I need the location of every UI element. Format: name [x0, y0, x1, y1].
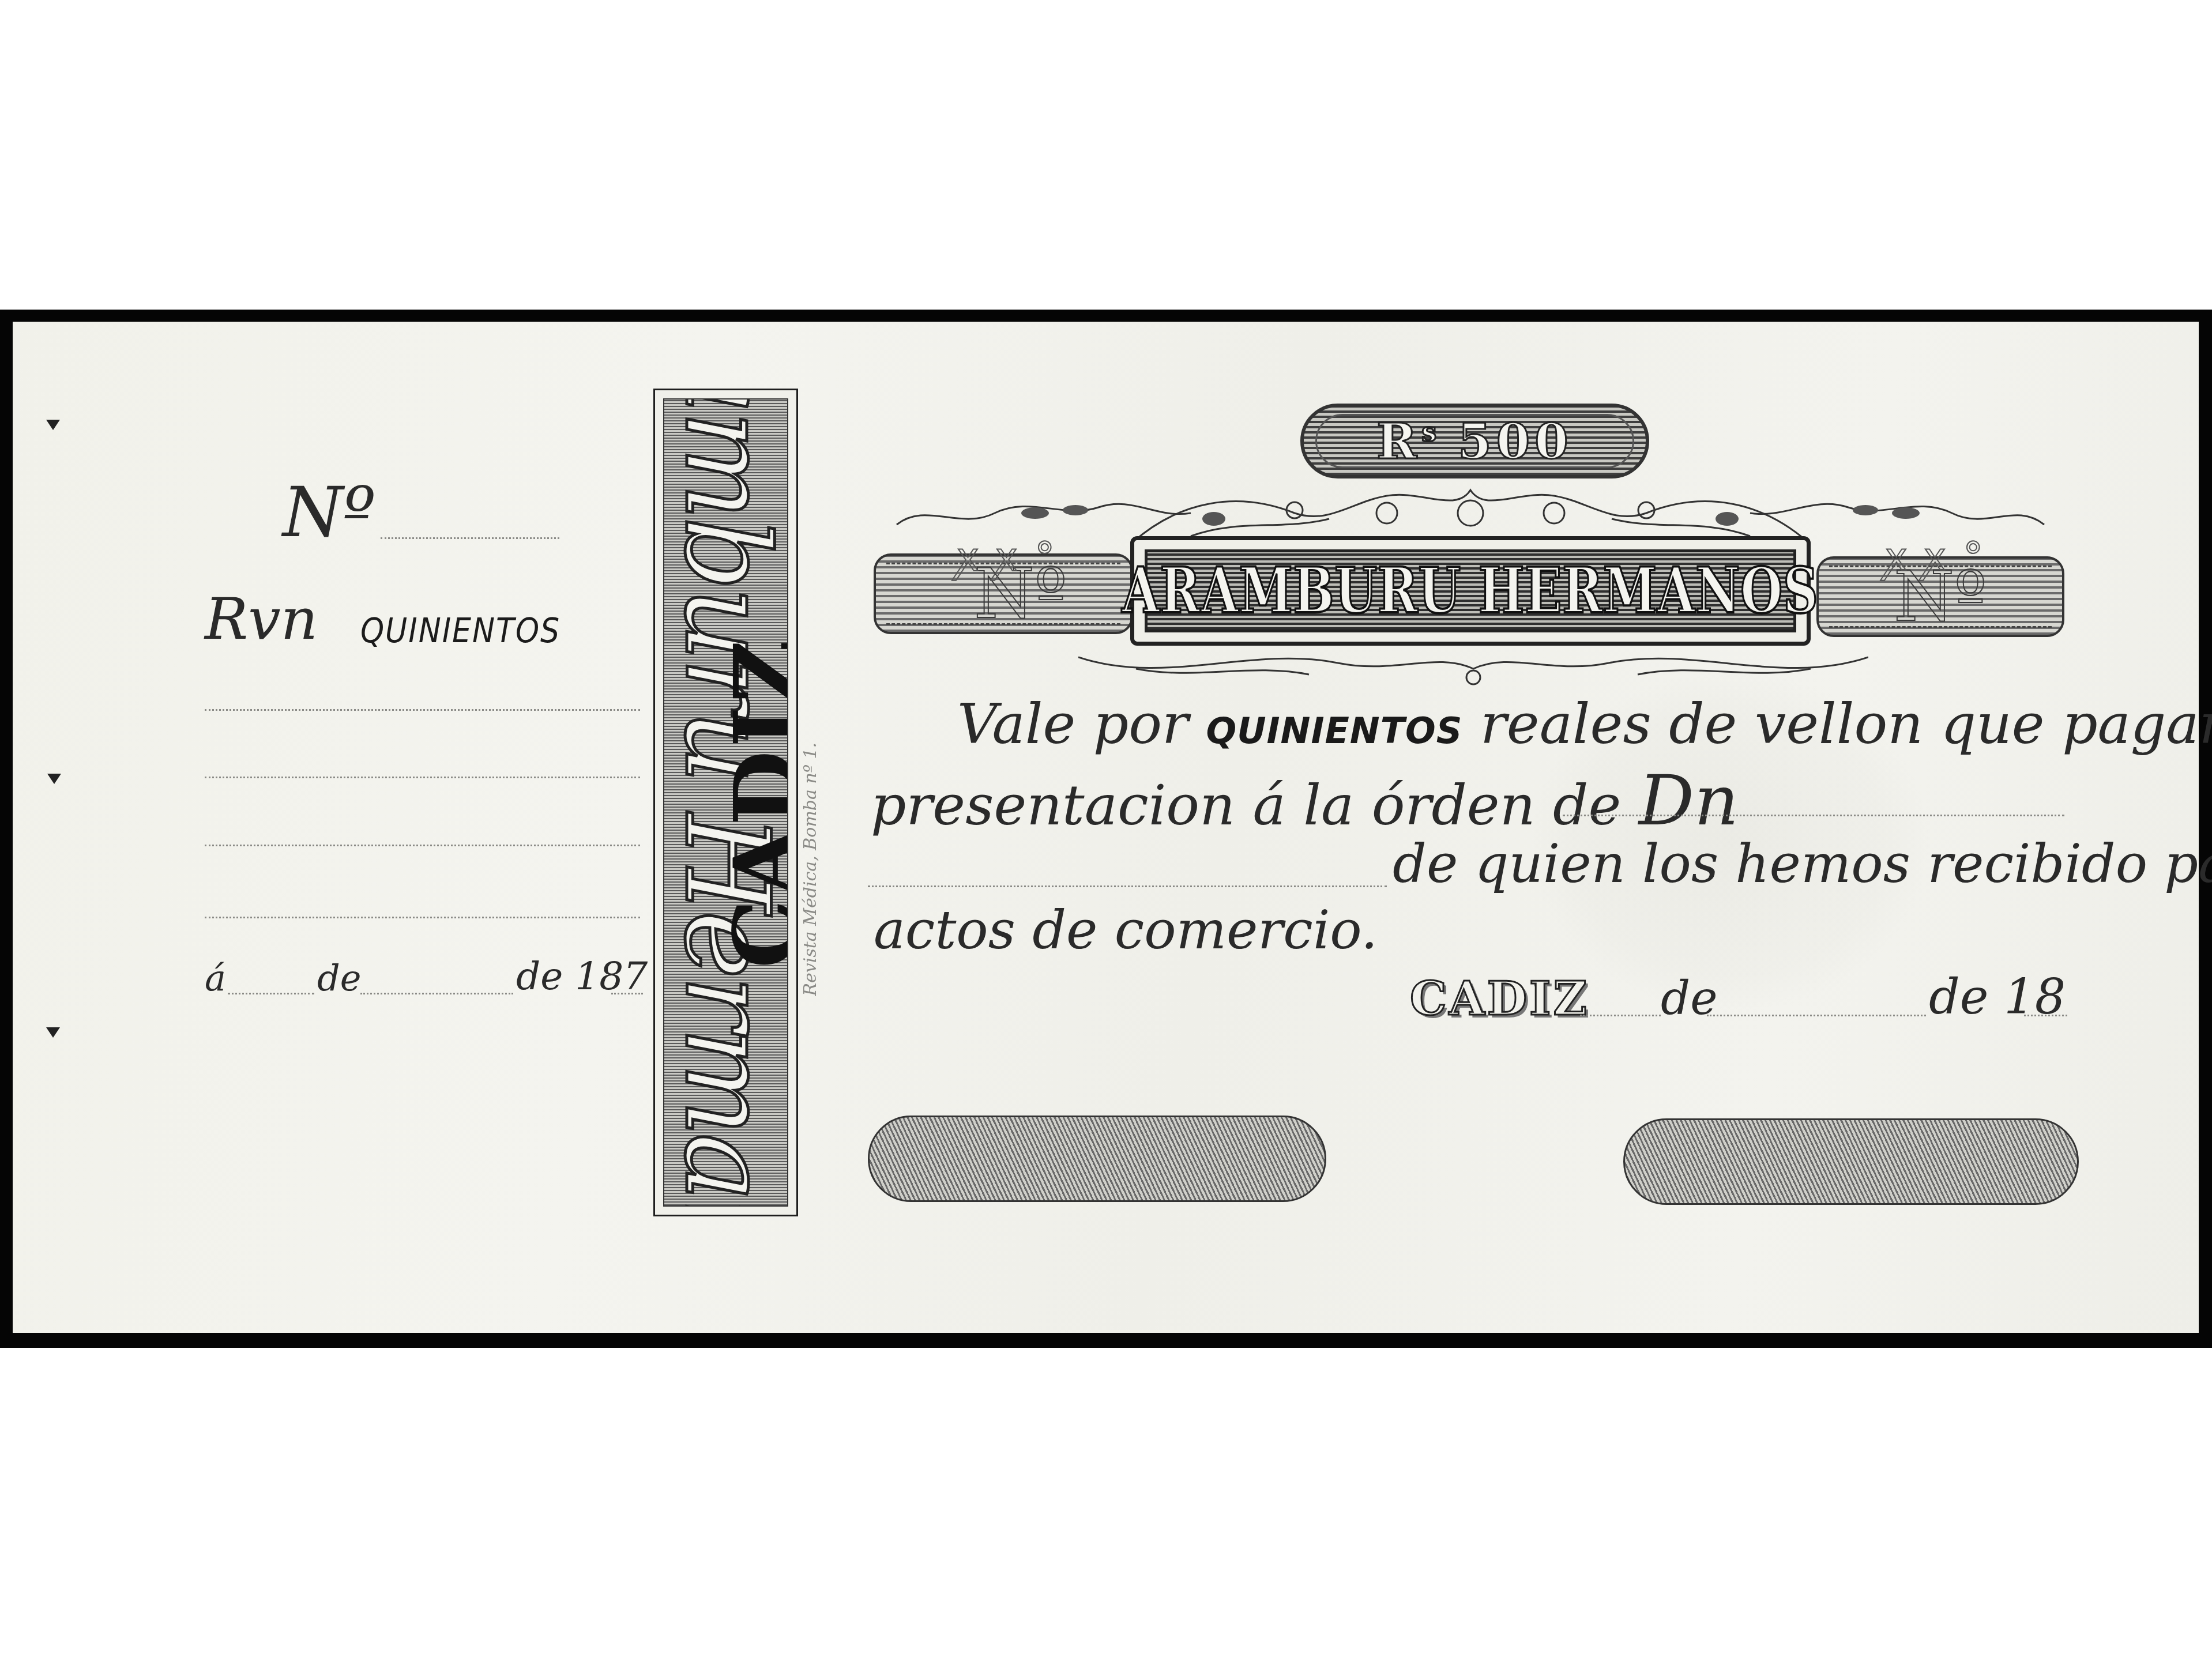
printer-imprint: Revista Médica, Bomba nº 1. — [800, 754, 821, 996]
stub-line-3[interactable] — [205, 845, 640, 846]
body-line-1: Vale por QUINIENTOS reales de vellon que… — [957, 692, 2212, 756]
stub-date-day-field[interactable] — [228, 993, 314, 994]
stub-date-de: de — [317, 957, 361, 999]
body-vale-por: Vale por — [957, 692, 1188, 756]
denomination-label: Rs — [1376, 413, 1436, 470]
stub-date-year: de 187 — [516, 954, 648, 998]
date-year-field[interactable] — [2024, 1015, 2067, 1016]
vertical-strip: Aramburu Hermanos CADIZ — [653, 389, 798, 1216]
stub-line-2[interactable] — [205, 777, 640, 778]
stub-line-4[interactable] — [205, 917, 640, 918]
foliage-bottom-ornament-icon — [1078, 640, 1868, 692]
date-de-2: de 18 — [1929, 969, 2066, 1025]
date-day-field[interactable] — [1580, 1015, 1661, 1016]
date-month-field[interactable] — [1707, 1015, 1926, 1016]
denomination-cartouche: Rs 500 — [1300, 404, 1649, 478]
issuer-name: ARAMBURU HERMANOS — [1122, 555, 1819, 627]
issuer-plaque: ARAMBURU HERMANOS — [1130, 536, 1811, 646]
body-reales-text: reales de vellon que pagaremos á — [1480, 692, 2212, 756]
signature-panel-right[interactable] — [1623, 1118, 2079, 1205]
body-don-title: Dn — [1639, 761, 1739, 841]
payee-field[interactable] — [1563, 815, 2064, 816]
signature-panel-left[interactable] — [868, 1116, 1326, 1202]
stub-date-a: á — [205, 957, 226, 999]
denomination-value: 500 — [1458, 413, 1573, 470]
strip-city-text: CADIZ — [715, 636, 788, 969]
body-line-4: actos de comercio. — [874, 899, 1378, 961]
body-amount-words: QUINIENTOS — [1206, 710, 1462, 752]
stub-date-year-field[interactable] — [611, 993, 643, 994]
strip-engraving: Aramburu Hermanos CADIZ — [663, 398, 788, 1207]
number-ornament-icon: ꭗꭗ° — [1886, 527, 2000, 583]
body-line-3: de quien los hemos recibido para — [1393, 833, 2212, 895]
stub-amount-words: QUINIENTOS — [360, 611, 560, 650]
payee-field-continued[interactable] — [868, 885, 1387, 887]
number-ornament-icon: ꭗꭗ° — [957, 527, 1072, 583]
stub-number-field[interactable] — [381, 537, 559, 539]
body-line-2: presentacion á la órden de Dn — [871, 761, 1739, 841]
stub-amount-prefix: Rvn — [205, 585, 318, 653]
stub-number-label: Nº — [283, 473, 375, 553]
date-city: CADIZ — [1410, 971, 1589, 1026]
stub-date-month-field[interactable] — [360, 993, 513, 994]
date-de-1: de — [1661, 971, 1718, 1025]
punch-hole-icon — [46, 420, 60, 430]
punch-hole-icon — [47, 774, 61, 784]
body-presentacion-text: presentacion á la órden de — [871, 773, 1621, 838]
stub-line-1[interactable] — [205, 709, 640, 711]
punch-hole-icon — [46, 1027, 60, 1038]
